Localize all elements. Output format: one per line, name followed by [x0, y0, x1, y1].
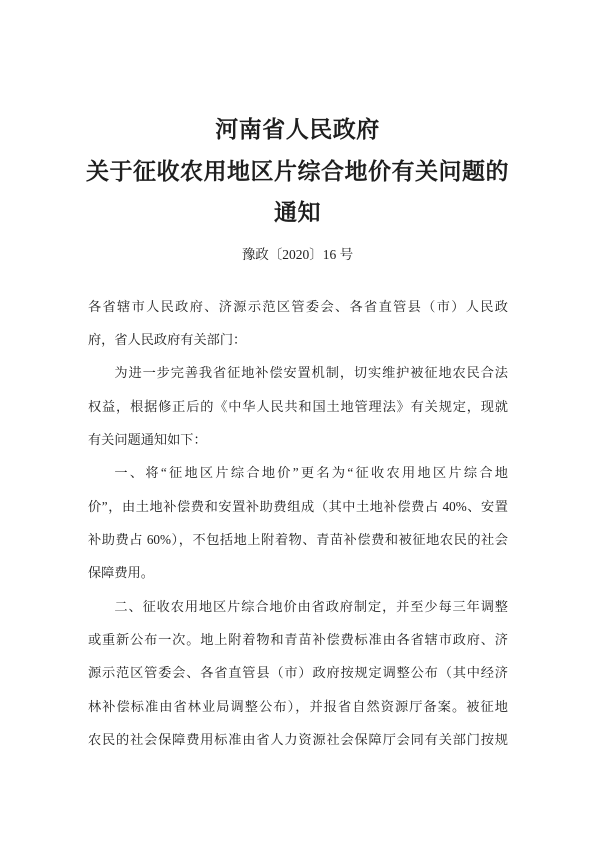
body-line: 有关问题通知如下：: [88, 423, 508, 456]
body-line: 二、征收农用地区片综合地价由省政府制定，并至少每三年调整: [88, 590, 508, 623]
document-number: 豫政〔2020〕16 号: [0, 245, 595, 265]
document-page: 河南省人民政府 关于征收农用地区片综合地价有关问题的 通知 豫政〔2020〕16…: [0, 0, 595, 841]
body-line: 一、将“征地区片综合地价”更名为“征收农用地区片综合地: [88, 456, 508, 489]
title-line-subject: 关于征收农用地区片综合地价有关问题的: [0, 151, 595, 193]
body-line: 保障费用。: [88, 556, 508, 589]
document-body: 各省辖市人民政府、济源示范区管委会、各省直管县（市）人民政府，省人民政府有关部门…: [88, 290, 508, 757]
body-line: 权益，根据修正后的《中华人民共和国土地管理法》有关规定，现就: [88, 390, 508, 423]
body-line: 各省辖市人民政府、济源示范区管委会、各省直管县（市）人民政: [88, 290, 508, 323]
title-line-notice: 通知: [0, 192, 595, 234]
body-line: 补助费占 60%），不包括地上附着物、青苗补偿费和被征地农民的社会: [88, 523, 508, 556]
title-line-issuer: 河南省人民政府: [0, 109, 595, 151]
body-line: 林补偿标准由省林业局调整公布），并报省自然资源厅备案。被征地: [88, 690, 508, 723]
body-line: 为进一步完善我省征地补偿安置机制，切实维护被征地农民合法: [88, 356, 508, 389]
body-line: 价”，由土地补偿费和安置补助费组成（其中土地补偿费占 40%、安置: [88, 490, 508, 523]
body-line: 源示范区管委会、各省直管县（市）政府按规定调整公布（其中经济: [88, 656, 508, 689]
body-line: 或重新公布一次。地上附着物和青苗补偿费标准由各省辖市政府、济: [88, 623, 508, 656]
body-line: 农民的社会保障费用标准由省人力资源社会保障厅会同有关部门按规: [88, 723, 508, 756]
document-title: 河南省人民政府 关于征收农用地区片综合地价有关问题的 通知: [0, 109, 595, 234]
body-line: 府，省人民政府有关部门：: [88, 323, 508, 356]
